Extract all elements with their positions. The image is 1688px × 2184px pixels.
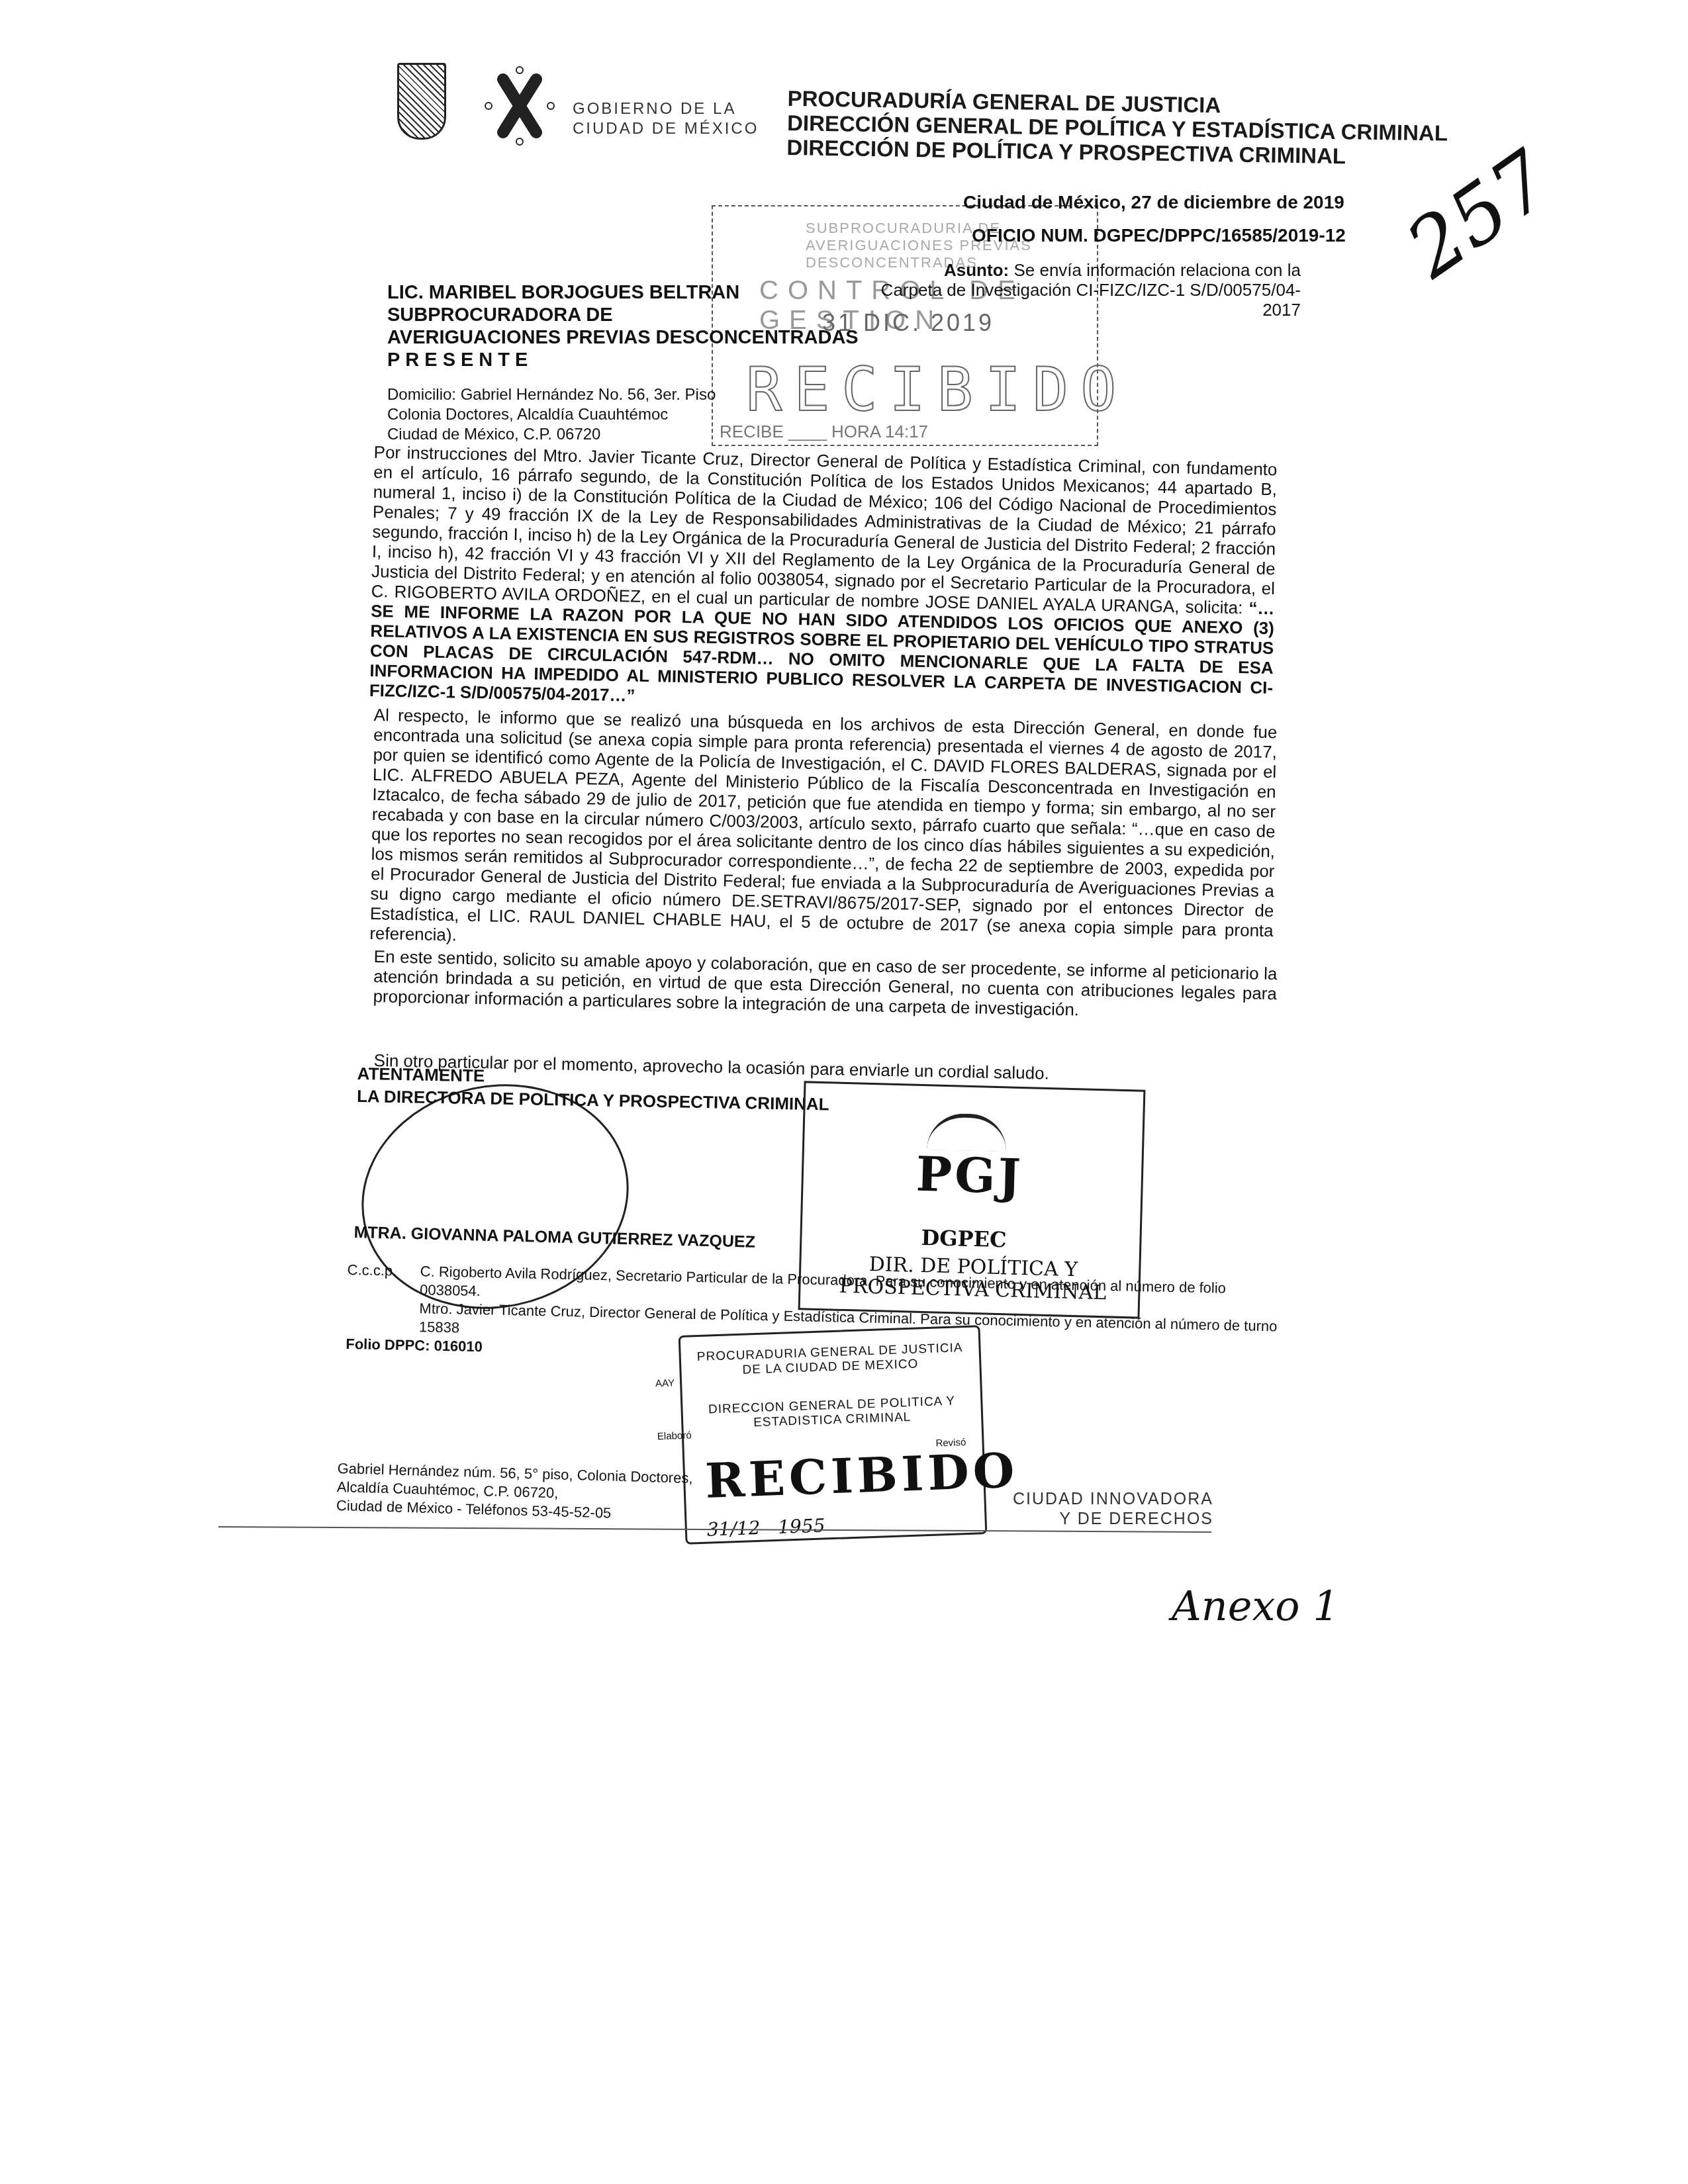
signature-block: ATENTAMENTE LA DIRECTORA DE POLITICA Y P… [357,1062,830,1115]
government-name: GOBIERNO DE LA CIUDAD DE MÉXICO [573,99,759,139]
addressee-block: LIC. MARIBEL BORJOGUES BELTRAN SUBPROCUR… [387,281,859,371]
oficio-number: OFICIO NUM. DGPEC/DPPC/16585/2019-12 [972,225,1346,246]
paragraph-1: Por instrucciones del Mtro. Javier Tican… [369,442,1278,717]
recibido-stamp: PROCURADURIA GENERAL DE JUSTICIA DE LA C… [679,1325,988,1545]
document-page: GOBIERNO DE LA CIUDAD DE MÉXICO PROCURAD… [0,0,1688,2184]
handwritten-annotation: Anexo 1 [1172,1582,1339,1630]
institution-header: PROCURADURÍA GENERAL DE JUSTICIA DIRECCI… [786,86,1448,170]
paragraph-3: En este sentido, solicito su amable apoy… [373,946,1277,1023]
place-date: Ciudad de México, 27 de diciembre de 201… [963,192,1344,213]
footer-address: Gabriel Hernández núm. 56, 5° piso, Colo… [336,1459,693,1525]
footer-slogan: CIUDAD INNOVADORA Y DE DERECHOS [1013,1489,1213,1529]
subject: Asunto: Se envía información relaciona c… [870,260,1301,320]
coat-of-arms-icon [397,63,446,140]
paragraph-2: Al respecto, le informo que se realizó u… [369,705,1278,960]
addressee-address: Domicilio: Gabriel Hernández No. 56, 3er… [387,385,716,445]
cdmx-logo-icon [483,66,556,146]
